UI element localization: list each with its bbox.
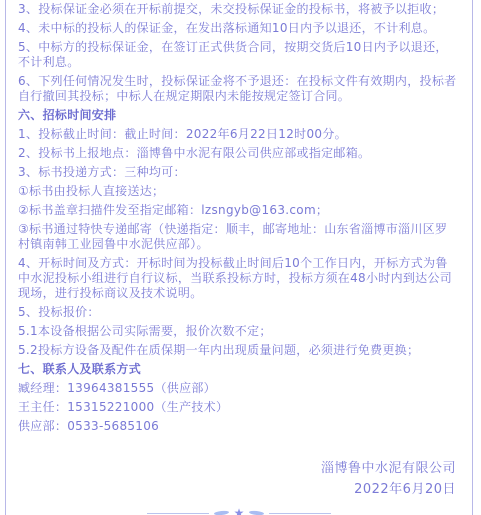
clause-bid-opening: 4、开标时间及方式：开标时间为投标截止时间后10个工作日内，开标方式为鲁 中水泥…	[18, 256, 460, 301]
clause-delivery-method-3-courier: ③标书通过特快专递邮寄（快递指定：顺丰，邮寄地址：山东省淄博市淄川区罗 村镇南韩…	[18, 222, 460, 252]
signature-company: 淄博鲁中水泥有限公司	[18, 458, 456, 479]
section-heading-schedule: 六、招标时间安排	[18, 108, 460, 123]
swoosh-left-icon	[213, 510, 228, 515]
divider-line-right	[269, 513, 331, 514]
footer-divider: ★	[18, 507, 460, 515]
section-heading-contacts: 七、联系人及联系方式	[18, 362, 460, 377]
clause-bid-deadline: 1、投标截止时间：截止时间：2022年6月22日12时00分。	[18, 127, 460, 142]
clause-quotation-5-2: 5.2投标方设备及配件在质保期一年内出现质量问题，必须进行免费更换；	[18, 343, 460, 358]
clause-deposit-forfeit: 6、下列任何情况发生时，投标保证金将不予退还：在投标文件有效期内，投标者 自行撤…	[18, 74, 460, 104]
tender-document: 3、投标保证金必须在开标前提交，未交投标保证金的投标书，将被予以拒收； 4、未中…	[5, 0, 473, 515]
contact-manager-zang: 臧经理：13964381555（供应部）	[18, 381, 460, 396]
clause-quotation-5-1: 5.1本设备根据公司实际需要，报价次数不定；	[18, 324, 460, 339]
star-icon: ★	[234, 507, 245, 515]
clause-deposit-refund-losers: 4、未中标的投标人的保证金，在发出落标通知10日内予以退还，不计利息。	[18, 21, 460, 36]
clause-delivery-methods: 3、标书投递方式：三种均可：	[18, 165, 460, 180]
signature-date: 2022年6月20日	[18, 479, 456, 500]
clause-delivery-method-2-email: ②标书盖章扫描件发至指定邮箱：lzsngyb@163.com；	[18, 203, 460, 218]
clause-deposit-refund-winner: 5、中标方的投标保证金，在签订正式供货合同，按期交货后10日内予以退还， 不计利…	[18, 40, 460, 70]
clause-bid-submit-location: 2、投标书上报地点：淄博鲁中水泥有限公司供应部或指定邮箱。	[18, 146, 460, 161]
signature-block: 淄博鲁中水泥有限公司 2022年6月20日	[18, 458, 460, 500]
clause-bid-quotation: 5、投标报价：	[18, 305, 460, 320]
page: { "colors": { "text": "#7a7ad6", "headin…	[0, 0, 481, 515]
contact-supply-department: 供应部：0533-5685106	[18, 419, 460, 434]
clause-delivery-method-1: ①标书由投标人直接送达；	[18, 184, 460, 199]
clause-deposit-submission: 3、投标保证金必须在开标前提交，未交投标保证金的投标书，将被予以拒收；	[18, 2, 460, 17]
divider-line-left	[147, 513, 209, 514]
swoosh-right-icon	[249, 510, 264, 515]
contact-director-wang: 王主任：15315221000（生产技术）	[18, 400, 460, 415]
